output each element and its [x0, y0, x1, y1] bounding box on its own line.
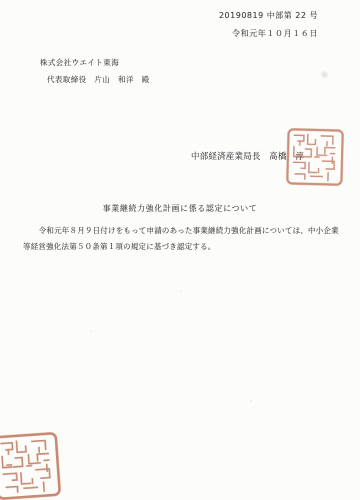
issuer-title-and-name: 中部経済産業局長 髙橋 淳	[191, 150, 304, 162]
scan-speck	[250, 400, 252, 402]
addressee-company-name: 株式会社ウエイト東海	[40, 57, 119, 68]
scan-speck	[90, 330, 92, 332]
scanned-document-page: 20190819 中部第 22 号 令和元年１０月１６日 株式会社ウエイト東海 …	[0, 0, 360, 500]
document-subject-title: 事業継続力強化計画に係る認定について	[0, 203, 360, 214]
document-date: 令和元年１０月１６日	[232, 28, 318, 39]
document-body-paragraph: 令和元年８月９日付けをもって申請のあった事業継続力強化計画については、中小企業等…	[23, 223, 343, 255]
document-number: 20190819 中部第 22 号	[219, 10, 318, 21]
corner-square-seal-icon	[0, 431, 64, 500]
scan-speck	[180, 290, 182, 292]
addressee-representative-name: 代表取締役 片山 和洋 殿	[47, 74, 150, 85]
scan-smudge	[320, 70, 329, 79]
